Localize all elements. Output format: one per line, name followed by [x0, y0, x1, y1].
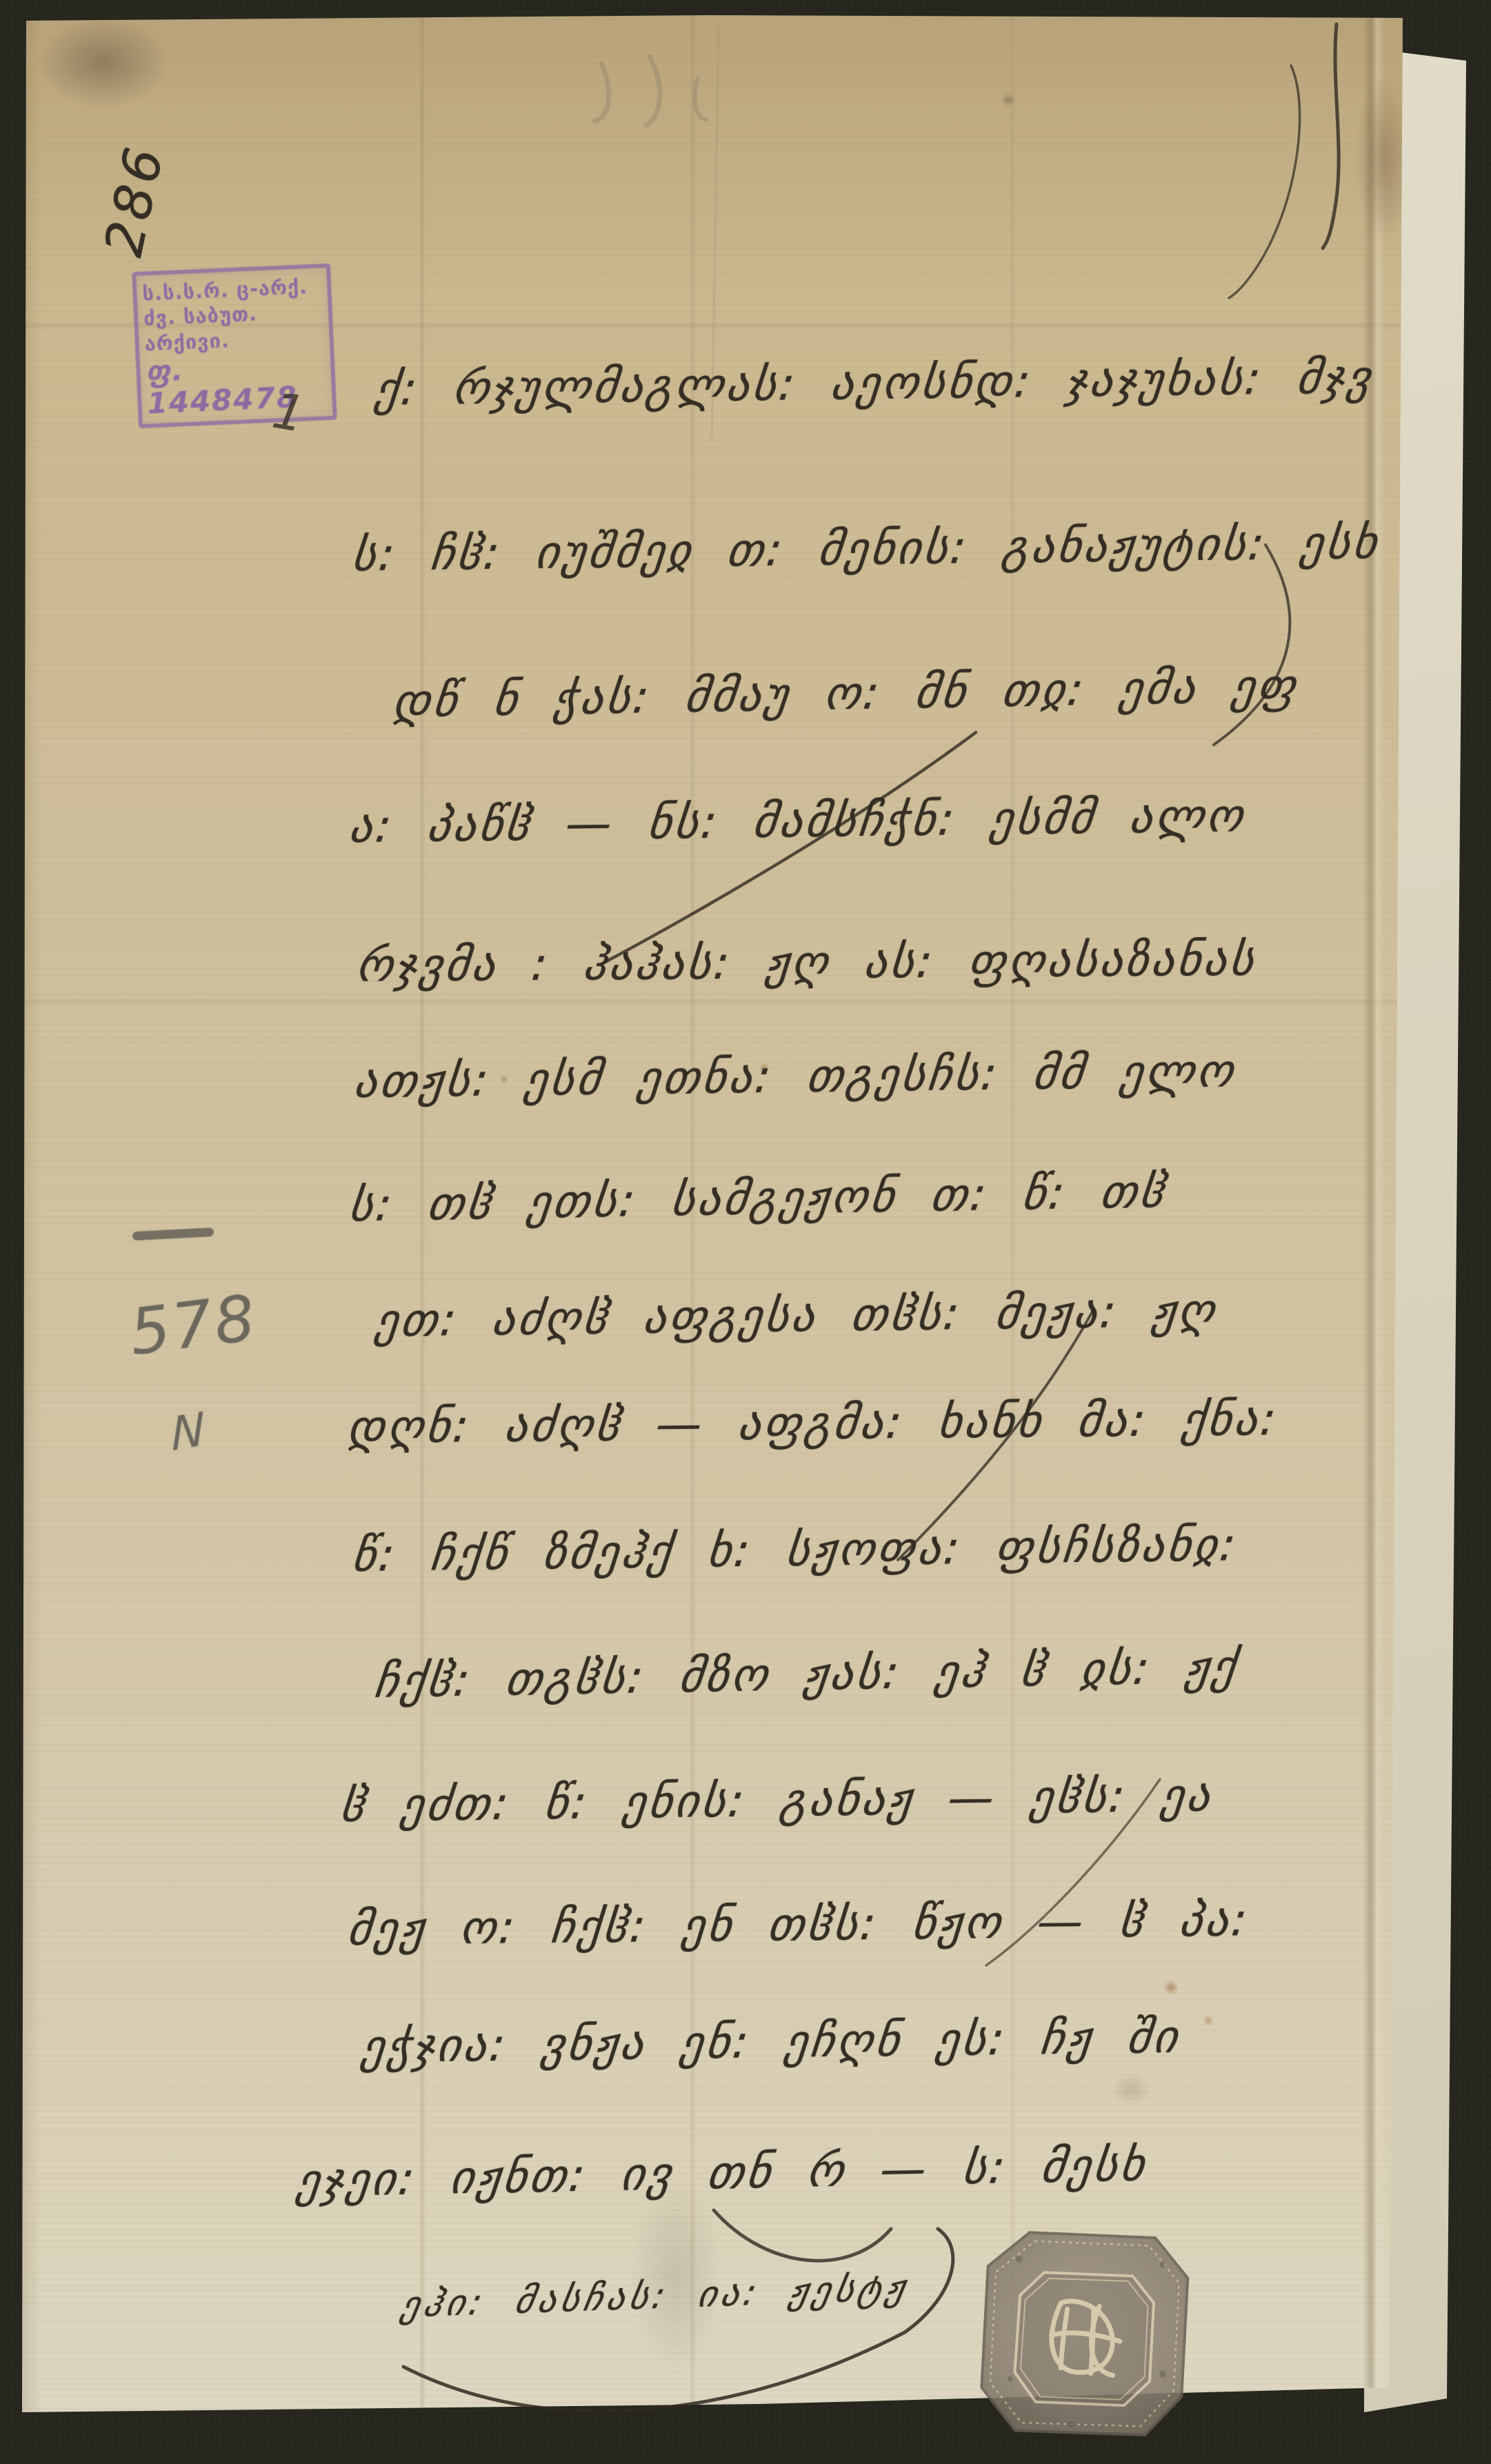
- manuscript-line: ს: ჩჱ: იუშმეჲ თ: მენის: განაჟუტის: ესხ: [350, 520, 1382, 578]
- stamp-line-2: ძვ. საბუთ. არქივი.: [143, 299, 326, 357]
- manuscript-line: დღნ: აძღჱ — აფგმა: ხანხ მა: ქნა:: [346, 1396, 1281, 1450]
- manuscript-line: ს: თჱ ეთს: სამგეჟონ თ: წ: თჱ: [347, 1169, 1170, 1229]
- manuscript-line: ათჟს: ესმ ეთნა: თგესჩს: მმ ელო: [352, 1048, 1238, 1105]
- manuscript-line: მეჟ ო: ჩქჱ: ენ თჱს: წჟო — ჱ პა:: [346, 1897, 1252, 1952]
- manuscript-line: ა: პაწჱ — ნს: მამსჩჭნ: ესმმ ალო: [347, 793, 1248, 850]
- manuscript-line: ეჭჯია: ვნჟა ენ: ეჩღნ ეს: ჩჟ ში: [359, 2014, 1183, 2070]
- manuscript-line: წ: ჩქწ ზმეჰქ ხ: სჟოფა: ფსჩსზანჲ:: [350, 1522, 1240, 1579]
- manuscript-line: ქ: რჯულმაგლას: აეოსნდ: ჯაჯუხას: მჯვ: [372, 354, 1375, 412]
- manuscript-line: ჱ ეძთ: წ: ენის: განაჟ — ეჱს: ეა: [338, 1772, 1215, 1828]
- manuscript-line: რჯვმა : ჰაჰას: ჟღ ას: ფღასაზანას: [354, 936, 1259, 988]
- pencil-number-578: 578: [126, 1281, 261, 1370]
- pencil-letter-n: N: [170, 1402, 206, 1461]
- manuscript-line: ეთ: აძღჱ აფგესა თჱს: მეჟა: ჟღ: [372, 1288, 1219, 1344]
- photo-background: 286 ს.ს.ს.რ. ც-არქ. ძვ. საბუთ. არქივი. ფ…: [0, 0, 1491, 2464]
